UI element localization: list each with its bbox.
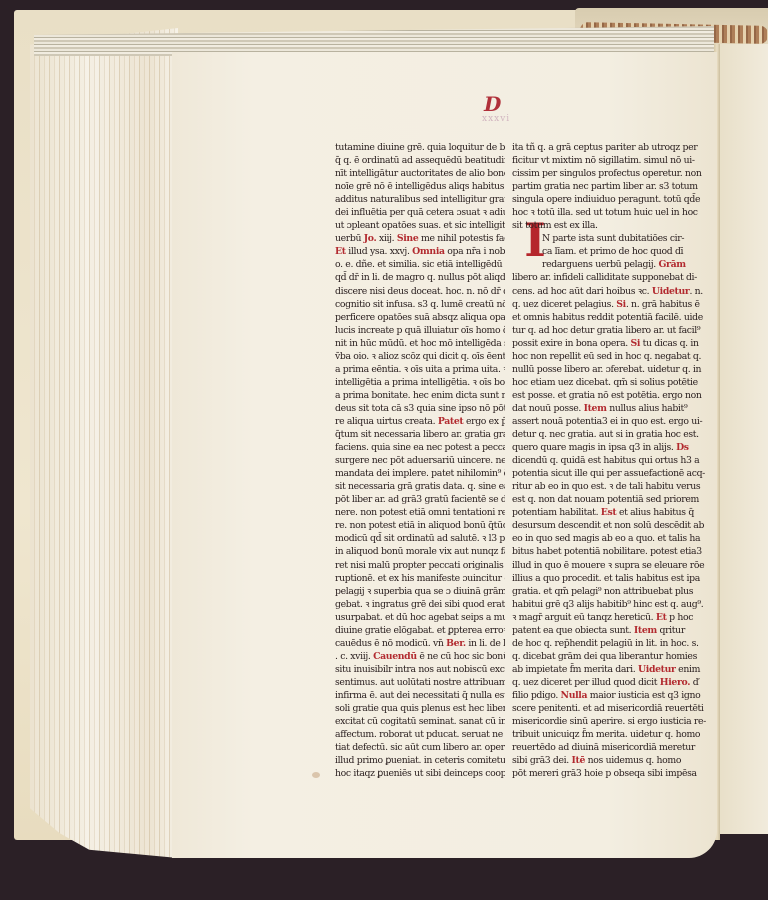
- text-line: ruptionē. et ex his manifeste ɔuincitur …: [335, 572, 505, 585]
- rubric-word: Item: [584, 403, 607, 414]
- rubric-word: Uidetur: [652, 286, 690, 297]
- rubric-word: Item: [634, 625, 657, 636]
- text-line: q. dicebat grām dei qua liberantur homie…: [512, 650, 708, 663]
- text-line: cognitio sit infusa. s3 q. lumē creatū n…: [335, 298, 505, 311]
- folio-signature-letter: D: [484, 92, 501, 116]
- text-line: hoc non repellit eū sed in hoc q. negaba…: [512, 350, 708, 363]
- text-line: de hoc q. rep̄hendit pelagiū in lit. in …: [512, 637, 708, 650]
- text-line: ita tñ q. a grā ceptus pariter ab utroqz…: [512, 141, 708, 154]
- text-line: ab impietate f̄m merita dari. Uidetur en…: [512, 663, 708, 676]
- text-line: filio pdigo. Nulla maior iusticia est q3…: [512, 689, 708, 702]
- foxing-spot: [312, 772, 320, 778]
- text-line: lucis increate p quā illuiatur oīs homo …: [335, 324, 505, 337]
- text-line: cissim per singulos profectus operetur. …: [512, 167, 708, 180]
- rubric-word: Uidetur: [638, 664, 676, 675]
- text-line: cauēdus ē nō modicū. vn̄ Ber. in li. de …: [335, 637, 505, 650]
- text-line: sentimus. aut uolūtati nostre attribuamu…: [335, 676, 505, 689]
- text-line: bitus habet potentiā nobilitare. potest …: [512, 545, 708, 558]
- rubric-word: Nulla: [561, 690, 588, 701]
- text-line: reuertēdo ad diuinā misericordiā meretur: [512, 741, 708, 754]
- text-line: v̄ba oio. ꝛ alioz scōz qui dicit q. oīs …: [335, 350, 505, 363]
- text-line: libero ar. infideli calliditate supponeb…: [512, 271, 708, 284]
- text-line: quero quare magis in ipsa q3 in alijs. D…: [512, 441, 708, 454]
- rubric-word: Hiero.: [660, 677, 690, 688]
- text-line: tribuit unicuiqz f̄m merita. uidetur q. …: [512, 728, 708, 741]
- rubric-word: Et: [335, 246, 346, 257]
- text-line: et omnis habitus reddit potentiā facilē.…: [512, 311, 708, 324]
- text-line: excitat cū cogitatū seminat. sanat cū in…: [335, 715, 505, 728]
- text-line: tutamine diuine grē. quia loquitur de bo…: [335, 141, 505, 154]
- text-line: illud primo ꝑueniat. in ceteris comitetu…: [335, 754, 505, 767]
- text-line: habitui grē q3 alijs habitib⁹ hinc est q…: [512, 598, 708, 611]
- rubric-word: Si: [630, 338, 640, 349]
- text-line: sit necessaria grā gratis data. q. sine …: [335, 480, 505, 493]
- text-line: discere nisi deus doceat. hoc. n. nō dr̄…: [335, 285, 505, 298]
- text-line: faciens. quia sine ea nec potest a pecca…: [335, 441, 505, 454]
- text-line: desursum descendit et non solū descēdit …: [512, 519, 708, 532]
- text-line: nīt intelligātur auctoritates de alio bo…: [335, 167, 505, 180]
- text-line: ꝛ magr̄ arguit eū tanqz hereticū. Et p h…: [512, 611, 708, 624]
- text-line: a prima eēntia. ꝛ oīs uita a prima uita.…: [335, 363, 505, 376]
- text-line: Et illud ysa. xxvj. Omnia opa nr̄a i nob…: [335, 245, 505, 258]
- text-line: illud in quo ē mouere ꝛ supra se eleuare…: [512, 559, 708, 572]
- text-line: patent ea que obiecta sunt. Item qritur: [512, 624, 708, 637]
- text-line: in aliquod bonū morale vix aut nunqz fac…: [335, 545, 505, 558]
- text-line: re. non potest etiā in aliquod bonū q̄tū…: [335, 519, 505, 532]
- text-line: nullū posse libero ar. ɔferebat. uidetur…: [512, 363, 708, 376]
- text-line: o. e. dñe. et similia. sic etiā intellig…: [335, 258, 505, 271]
- facing-page-edge: [718, 44, 768, 834]
- text-line: q. uez diceret pelagius. Si. n. grā habi…: [512, 298, 708, 311]
- text-line: soli gratie qua quis plenus est hec libe…: [335, 702, 505, 715]
- text-line: . c. xviij. Cauendū ē ne cū hoc sic bonū…: [335, 650, 505, 663]
- text-line: ficitur vt mixtim nō sigillatim. simul n…: [512, 154, 708, 167]
- text-line: misericordie sinū aperire. si ergo iusti…: [512, 715, 708, 728]
- text-line: a prima bonitate. hec enim dicta sunt nō…: [335, 389, 505, 402]
- text-line: tur q. ad hoc detur gratia libero ar. ut…: [512, 324, 708, 337]
- text-line: ut ɔpleant opatōes suas. et sic intellig…: [335, 219, 505, 232]
- text-line: re aliqua uirtus creata. Patet ergo ex p…: [335, 415, 505, 428]
- text-line: potentia sicut ille qui per assuefaction…: [512, 467, 708, 480]
- text-line: pelagij ꝛ superbia qua se ɔ diuinā grām …: [335, 585, 505, 598]
- rubric-word: Ds: [676, 442, 689, 453]
- text-line: dat nouū posse. Item nullus alius habit⁹: [512, 402, 708, 415]
- text-line: redarguens uerbū pelagij. Grām: [512, 258, 708, 271]
- text-line: possit exire in bona opera. Si tu dicas …: [512, 337, 708, 350]
- text-line: ritur ab eo in quo est. ꝛ de tali habitu…: [512, 480, 708, 493]
- text-line: dei influētia per quā cetera ɔsuat ꝛ adi…: [335, 206, 505, 219]
- text-line: infirma ē. aut dei necessitati q̄ nulla …: [335, 689, 505, 702]
- text-line: tiat defectū. sic aūt cum libero ar. ope…: [335, 741, 505, 754]
- text-line: situ inuisibilr intra nos aut nobiscū ex…: [335, 663, 505, 676]
- text-line: N parte ista sunt dubitatiōes cir-: [512, 232, 708, 245]
- text-line: sit totum est ex illa.: [512, 219, 708, 232]
- text-line: pōt liber ar. ad grā3 gratū facientē se …: [335, 493, 505, 506]
- text-line: ret nisi malū propter peccati originalis…: [335, 559, 505, 572]
- text-line: surgere nec pōt aduersariū uincere. nec …: [335, 454, 505, 467]
- text-line: detur q. nec gratia. aut si in gratia ho…: [512, 428, 708, 441]
- rubric-word: Patet: [438, 416, 464, 427]
- text-line: additus naturalibus sed intelligitur gra…: [335, 193, 505, 206]
- text-line: eo in quo sed magis ab eo a quo. et tali…: [512, 532, 708, 545]
- text-line: potentiam habilitat. Est et alius habitu…: [512, 506, 708, 519]
- page-block-fore-edge: [30, 28, 178, 858]
- text-line: partim gratia nec partim liber ar. s3 to…: [512, 180, 708, 193]
- text-line: noīe grē nō ē intelligēdus aliqs habitus…: [335, 180, 505, 193]
- text-line: mandata dei implere. patet nihilomin⁹ q̄…: [335, 467, 505, 480]
- text-line: ca līam. et primo de hoc quod dī: [512, 245, 708, 258]
- text-line: perficere opatōes suā absqz aliqua opatō…: [335, 311, 505, 324]
- text-line: q. uez diceret per illud quod dicit Hier…: [512, 676, 708, 689]
- text-line: hoc ꝛ totū illa. sed ut totum huic uel i…: [512, 206, 708, 219]
- rubric-word: Est: [601, 507, 617, 518]
- text-line: gebat. ꝛ ingratus grē dei sibi quod erat…: [335, 598, 505, 611]
- text-line: est posse. et gratia nō est potētia. erg…: [512, 389, 708, 402]
- text-line: illius a quo procedit. et talis habitus …: [512, 572, 708, 585]
- text-line: qd̄ dr̄ in li. de magro q. nullus pōt al…: [335, 271, 505, 284]
- text-line: hoc itaqz ꝑueniēs ut sibi deinceps coope…: [335, 767, 505, 780]
- text-line: usurpabat. et dū hoc agebat seips a mune…: [335, 611, 505, 624]
- rubric-word: Et: [656, 612, 667, 623]
- text-line: q̄tum sit necessaria libero ar. gratia g…: [335, 428, 505, 441]
- text-line: gratia. et qm̄ pelagi⁹ non attribuebat p…: [512, 585, 708, 598]
- text-line: singula opere indiuiduo peragunt. totū q…: [512, 193, 708, 206]
- text-line: hoc etiam uez dicebat. qm̄ si solius pot…: [512, 376, 708, 389]
- text-line: intelligētia a prima intelligētia. ꝛ oīs…: [335, 376, 505, 389]
- rubric-word: Omnia: [412, 246, 445, 257]
- text-line: affectum. roborat ut pducat. seruat ne ɔ…: [335, 728, 505, 741]
- right-text-column: ita tñ q. a grā ceptus pariter ab utroqz…: [512, 141, 708, 780]
- text-line: pōt mereri grā3 hoie p obseqa sibi impēs…: [512, 767, 708, 780]
- text-line: modicū qd̄ sit ordinatū ad salutē. ꝛ l3 …: [335, 532, 505, 545]
- text-line: diuine gratie elōgabat. et ꝑpterea erroꝛ…: [335, 624, 505, 637]
- rubric-word: Itē: [572, 755, 586, 766]
- text-line: deus sit tota cā s3 quia sine ipso nō pō…: [335, 402, 505, 415]
- text-line: uerbū Jo. xiij. Sine me nihil potestis f…: [335, 232, 505, 245]
- text-line: nere. non potest etiā omni tentationi re…: [335, 506, 505, 519]
- rubric-word: Cauendū: [373, 651, 417, 662]
- text-line: q̄ q. ē ordinatū ad assequēdū beatitudin…: [335, 154, 505, 167]
- text-line: cens. ad hoc aūt dari hoibus ꝛc. Uidetur…: [512, 285, 708, 298]
- left-text-column: tutamine diuine grē. quia loquitur de bo…: [335, 141, 505, 780]
- rubric-word: Sine: [397, 233, 419, 244]
- rubric-word: Grām: [658, 259, 685, 270]
- text-line: assert nouā potentia3 ei in quo est. erg…: [512, 415, 708, 428]
- rubric-word: Jo.: [364, 233, 377, 244]
- text-line: sibi grā3 dei. Itē nos uidemus q. homo: [512, 754, 708, 767]
- text-line: nit in hūc mūdū. et hoc mō intelligēda s…: [335, 337, 505, 350]
- text-line: scere penitenti. et ad misericordiā reue…: [512, 702, 708, 715]
- pencil-folio-note: xxxvi: [482, 114, 510, 124]
- rubric-word: Si: [616, 299, 626, 310]
- rubric-word: Ber.: [446, 638, 466, 649]
- text-line: est q. non dat nouam potentiā sed priore…: [512, 493, 708, 506]
- text-line: dicendū q. quidā est habitus qui ortus h…: [512, 454, 708, 467]
